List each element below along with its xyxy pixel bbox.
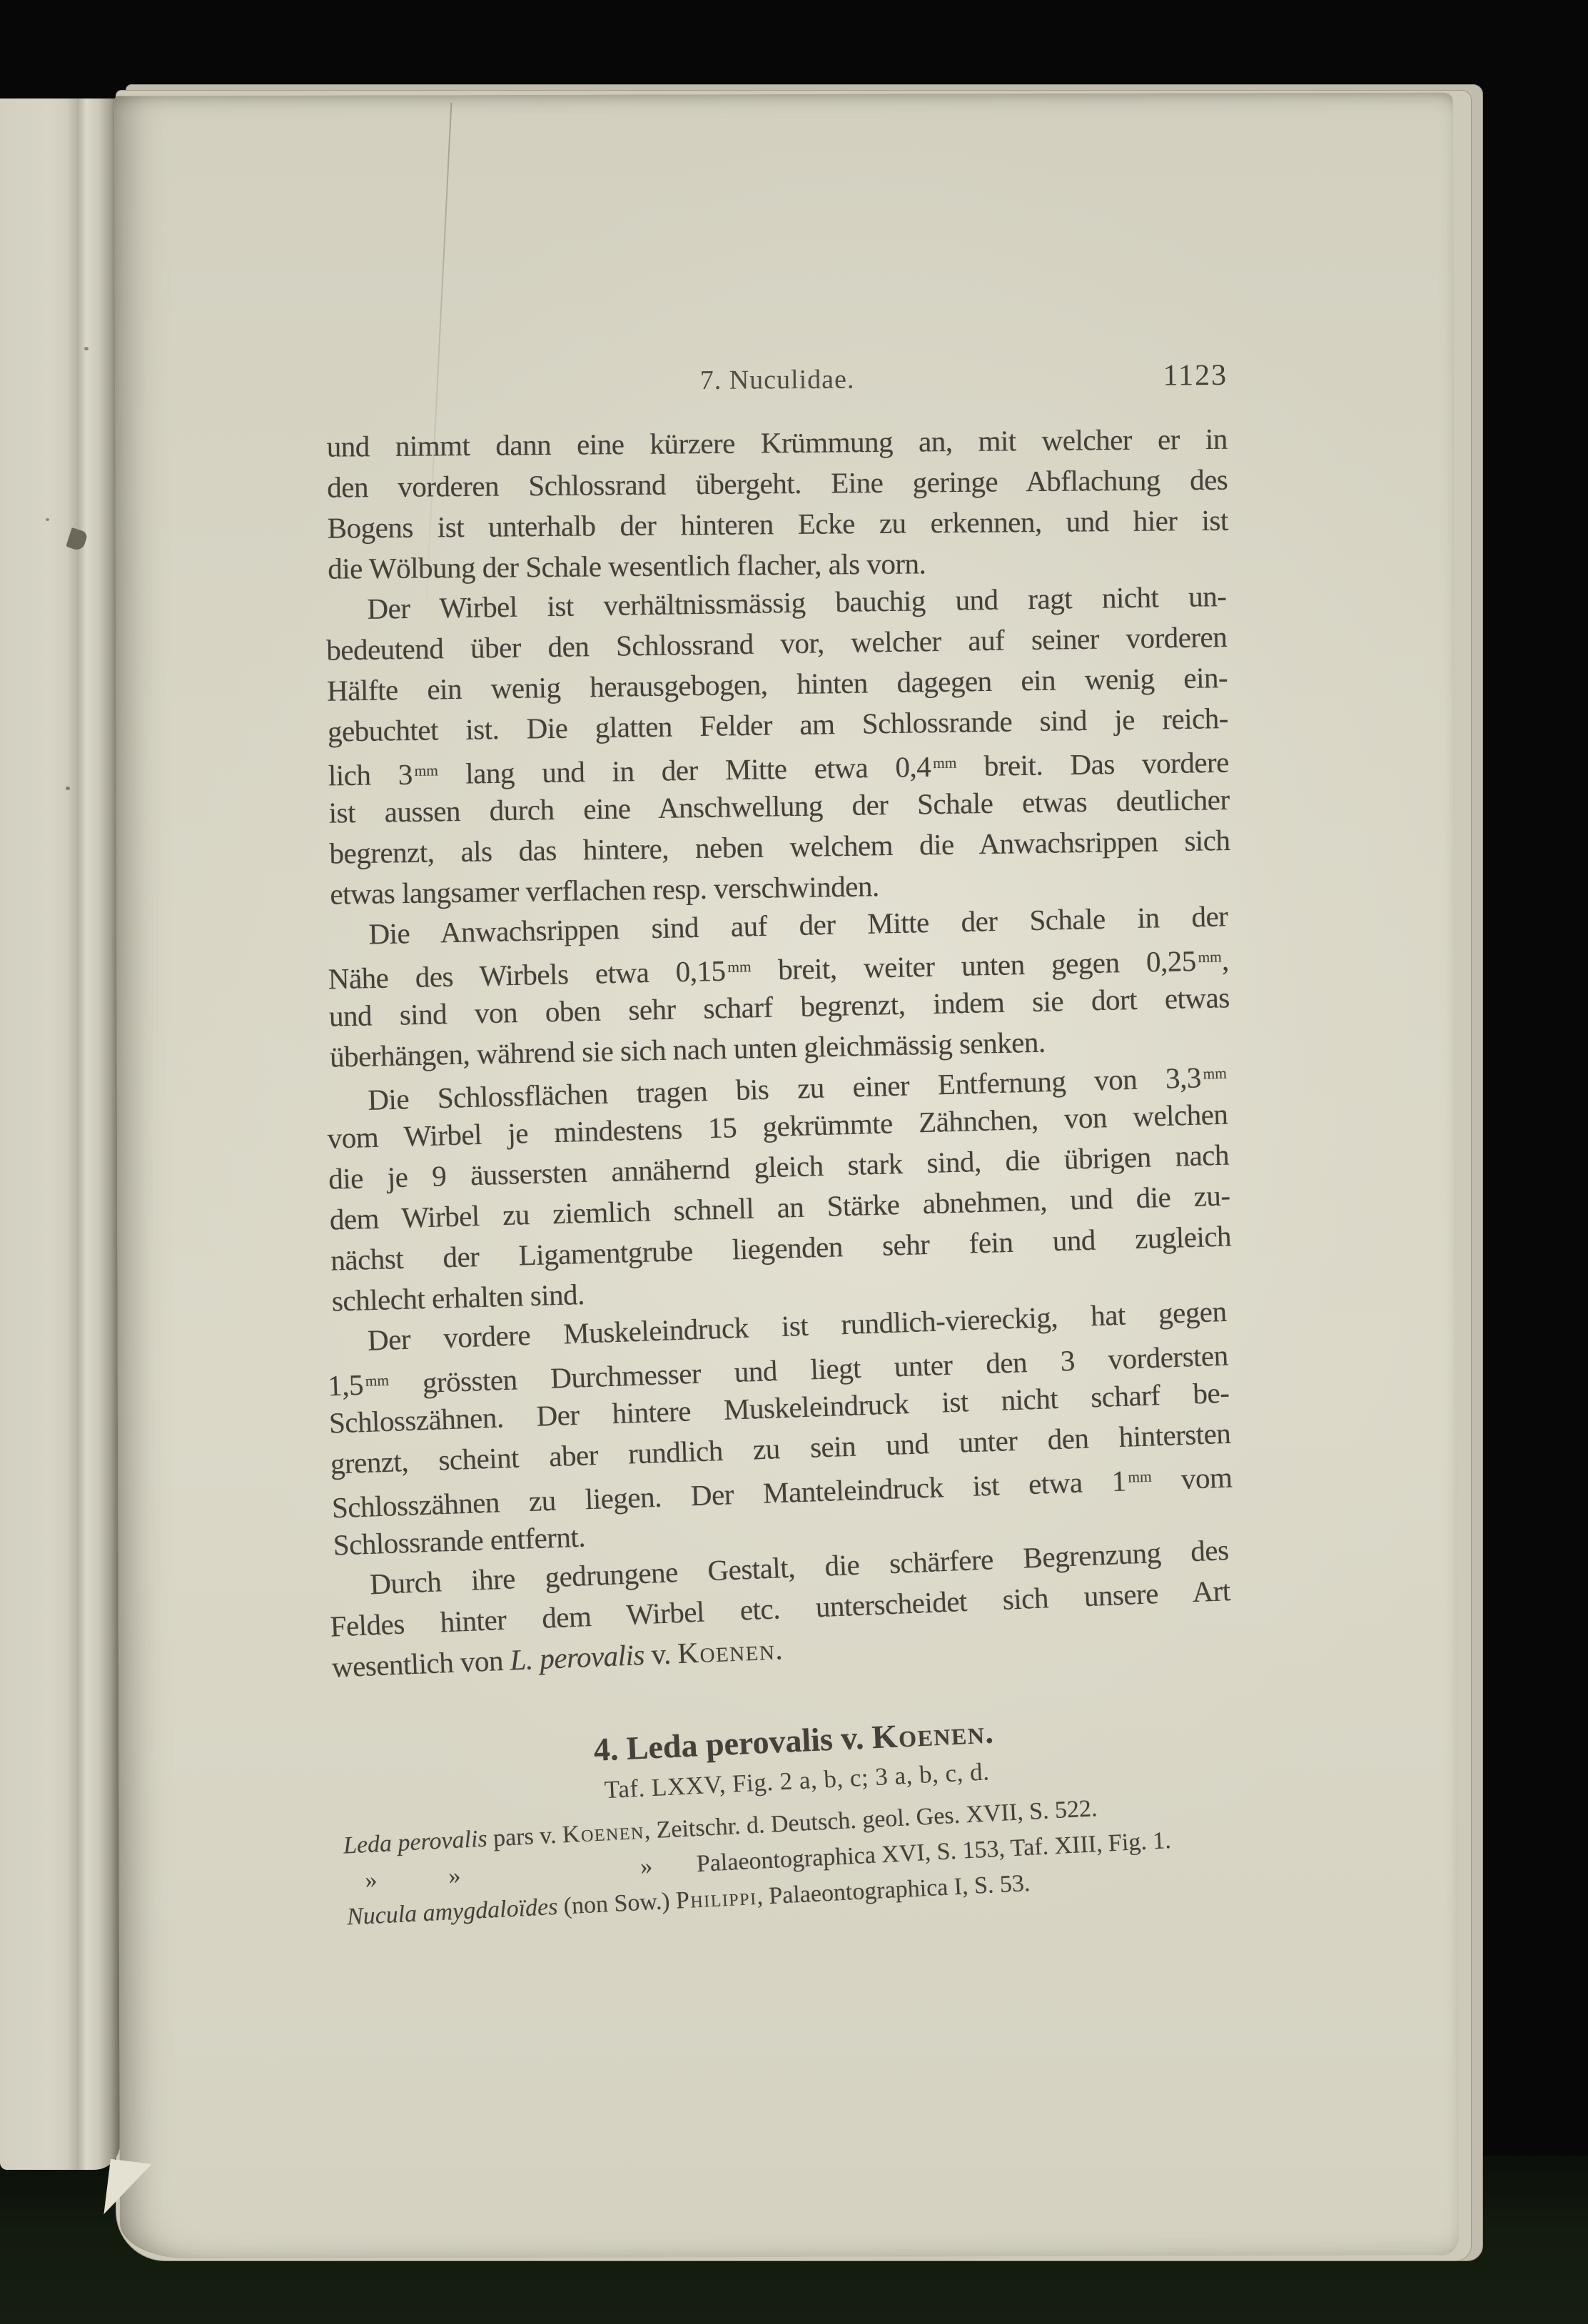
text-segment: » [365, 1866, 378, 1894]
running-header: 7. Nuculidae. 1123 [327, 360, 1228, 400]
text-segment: lich 3 [328, 758, 413, 792]
paper-speck [66, 787, 70, 790]
text-segment: pars v. [487, 1822, 563, 1851]
paragraph: und nimmt dann eine kürzere Krümmung an,… [327, 419, 1229, 590]
section-title: 7. Nuculidae. [327, 360, 1228, 400]
text-segment: Bogens ist unterhalb der hinteren Ecke z… [328, 504, 1228, 545]
scanned-book-photo: { "page_header": { "section": "7. Nuculi… [0, 0, 1588, 2324]
page-number: 1123 [1163, 359, 1228, 393]
paragraph: Der vordere Muskeleindruck ist rundlich-… [325, 1291, 1234, 1566]
text-segment: mm [1128, 1468, 1152, 1486]
paper-speck [46, 518, 49, 521]
body-text: und nimmt dann eine kürzere Krümmung an,… [327, 424, 1231, 1687]
text-segment: Koenen. [871, 1713, 996, 1755]
text-segment: Philippi [675, 1884, 757, 1914]
text-segment: » [639, 1853, 653, 1880]
text-segment: und nimmt dann eine kürzere Krümmung an,… [327, 423, 1228, 463]
text-segment: mm [727, 958, 752, 976]
paragraph: Der Wirbel ist verhältnissmässig bauchig… [325, 576, 1231, 915]
text-segment: 1,5 [327, 1368, 363, 1403]
text-segment: » [447, 1863, 461, 1890]
text-segment: wesentlich von [331, 1644, 510, 1684]
text-segment: v. [832, 1719, 873, 1757]
text-segment: schlecht erhalten sind. [331, 1278, 585, 1318]
text-segment: mm [1198, 948, 1222, 966]
text-segment: den vorderen Schlossrand übergeht. Eine … [327, 463, 1228, 504]
paragraph: Die Anwachsrippen sind auf der Mitte der… [327, 896, 1230, 1077]
text-line: Bogens ist unterhalb der hinteren Ecke z… [328, 500, 1228, 549]
paragraph: Die Schlossflächen tragen bis zu einer E… [325, 1054, 1233, 1322]
torn-paper-sliver [103, 2159, 151, 2219]
text-segment: Koenen [562, 1818, 645, 1849]
text-segment: mm [365, 1372, 389, 1390]
text-segment: breit. Das vordere [956, 746, 1229, 783]
text-segment: , [1221, 944, 1229, 976]
text-segment: Koenen. [677, 1632, 784, 1669]
text-segment: mm [933, 754, 957, 772]
text-segment: Leda perovalis [343, 1826, 487, 1859]
paper-speck [84, 347, 88, 350]
text-segment: Schlossrande entfernt. [333, 1520, 586, 1562]
text-segment: mm [1203, 1065, 1227, 1083]
text-segment: L. perovalis [510, 1638, 645, 1677]
gutter-left-page-fold [0, 98, 120, 2170]
text-segment: vom [1151, 1460, 1233, 1496]
text-segment: Nucula amygdaloïdes [346, 1894, 558, 1931]
text-segment: die Wölbung der Schale wesentlich flache… [328, 547, 926, 585]
text-segment: (non Sow.) [557, 1888, 677, 1920]
text-segment: mm [415, 762, 439, 779]
text-segment: 4. Leda perovalis [593, 1721, 834, 1768]
book-page: 7. Nuculidae. 1123 und nimmt dann eine k… [114, 93, 1459, 2259]
text-segment: v. [644, 1637, 678, 1671]
